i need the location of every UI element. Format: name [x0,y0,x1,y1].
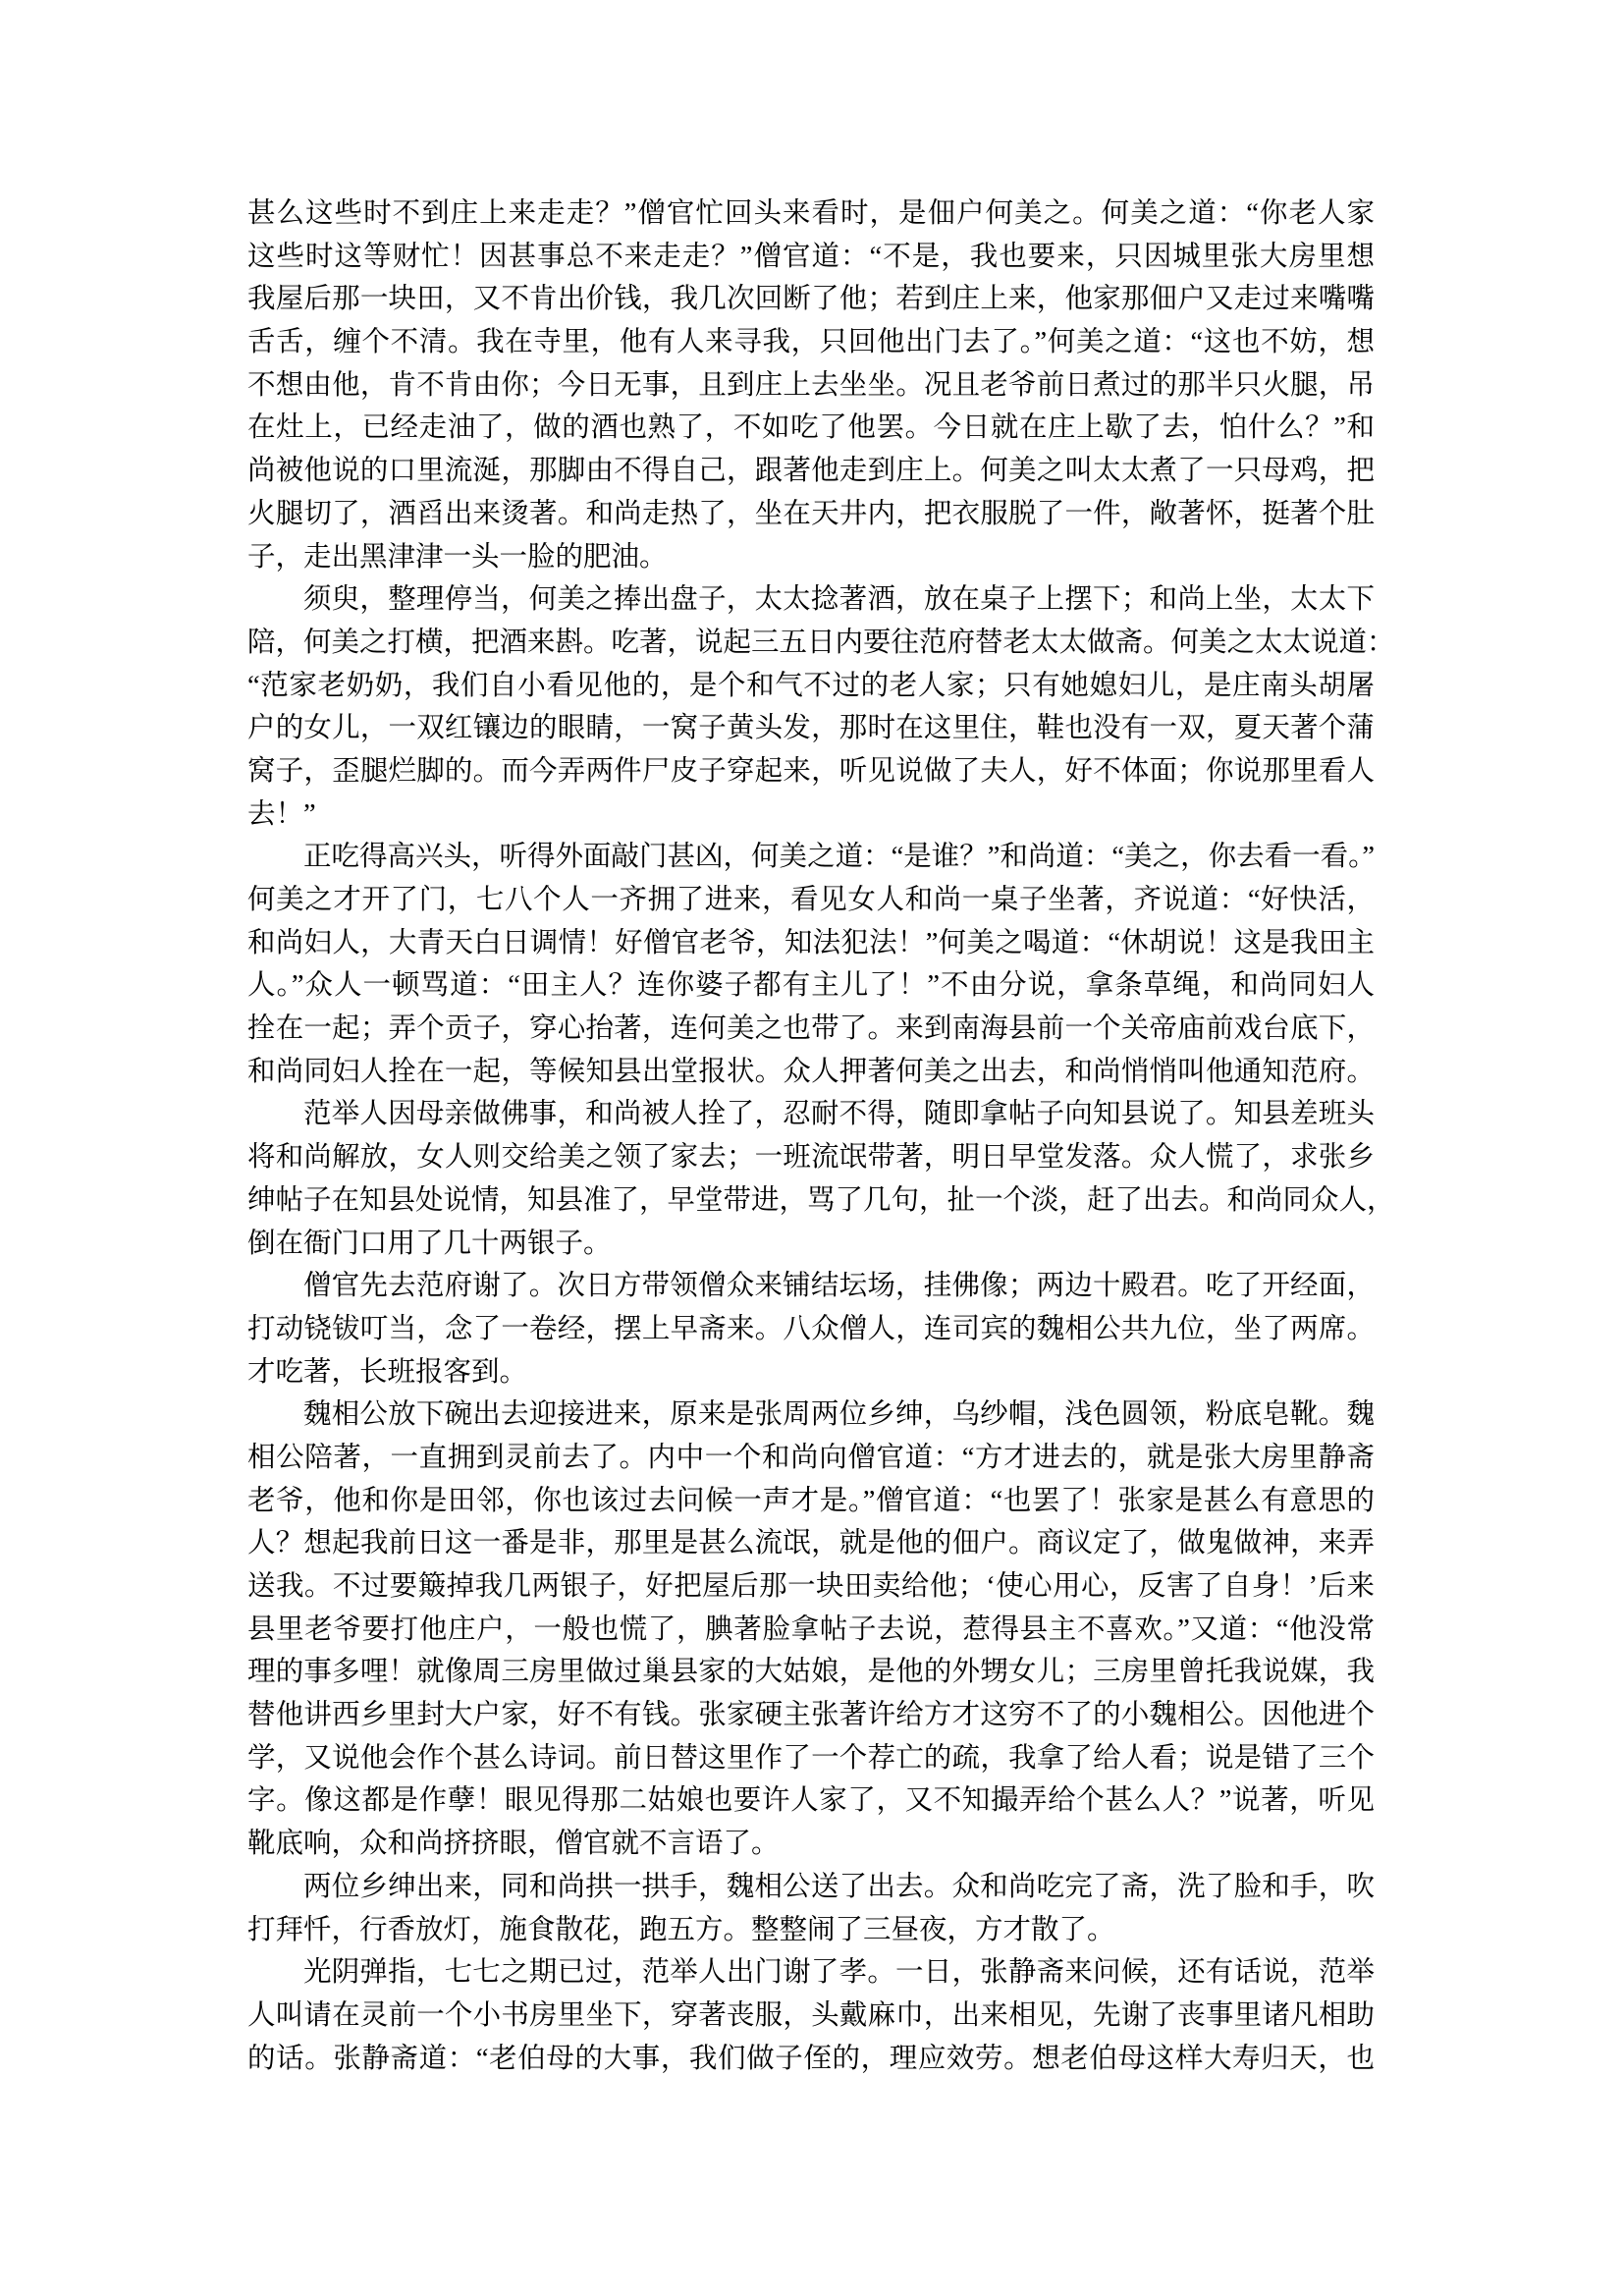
text-line: 光阴弹指，七七之期已过，范举人出门谢了孝。一日，张静斋来问候，还有话说，范举 [247,1951,1375,1995]
text-line: 户的女儿，一双红镶边的眼睛，一窝子黄头发，那时在这里住，鞋也没有一双，夏天著个蒲 [247,707,1375,750]
text-line: 须臾，整理停当，何美之捧出盘子，太太捻著酒，放在桌子上摆下；和尚上坐，太太下 [247,578,1375,622]
text-line: 僧官先去范府谢了。次日方带领僧众来铺结坛场，挂佛像；两边十殿君。吃了开经面， [247,1265,1375,1308]
text-line: 替他讲西乡里封大户家，好不有钱。张家硬主张著许给方才这穷不了的小魏相公。因他进个 [247,1694,1375,1737]
text-line: 人叫请在灵前一个小书房里坐下，穿著丧服，头戴麻巾，出来相见，先谢了丧事里诸凡相助 [247,1995,1375,2038]
text-line: 不想由他，肯不肯由你；今日无事，且到庄上去坐坐。况且老爷前日煮过的那半只火腿，吊 [247,364,1375,408]
text-line: 子，走出黑津津一头一脸的肥油。 [247,536,1375,579]
text-line: 去！” [247,793,1375,837]
text-line: 火腿切了，酒舀出来烫著。和尚走热了，坐在天井内，把衣服脱了一件，敞著怀，挺著个肚 [247,493,1375,536]
text-line: 这些时这等财忙！因甚事总不来走走？”僧官道：“不是，我也要来，只因城里张大房里想 [247,236,1375,279]
text-line: 人。”众人一顿骂道：“田主人？连你婆子都有主儿了！”不由分说，拿条草绳，和尚同妇… [247,964,1375,1008]
text-line: 舌舌，缠个不清。我在寺里，他有人来寻我，只回他出门去了。”何美之道：“这也不妨，… [247,321,1375,364]
text-line: 将和尚解放，女人则交给美之领了家去；一班流氓带著，明日早堂发落。众人慌了，求张乡 [247,1136,1375,1179]
text-line: 和尚同妇人拴在一起，等候知县出堂报状。众人押著何美之出去，和尚悄悄叫他通知范府。 [247,1051,1375,1094]
text-line: 窝子，歪腿烂脚的。而今弄两件尸皮子穿起来，听见说做了夫人，好不体面；你说那里看人 [247,750,1375,793]
text-line: 倒在衙门口用了几十两银子。 [247,1223,1375,1266]
text-line: 送我。不过要簸掉我几两银子，好把屋后那一块田卖给他；‘使心用心，反害了自身！’后… [247,1565,1375,1609]
text-column: 甚么这些时不到庄上来走走？”僧官忙回头来看时，是佃户何美之。何美之道：“你老人家… [247,192,1375,2080]
text-line: 魏相公放下碗出去迎接进来，原来是张周两位乡绅，乌纱帽，浅色圆领，粉底皂靴。魏 [247,1394,1375,1437]
text-line: 靴底响，众和尚挤挤眼，僧官就不言语了。 [247,1823,1375,1866]
text-line: 人？想起我前日这一番是非，那里是甚么流氓，就是他的佃户。商议定了，做鬼做神，来弄 [247,1522,1375,1565]
text-line: 两位乡绅出来，同和尚拱一拱手，魏相公送了出去。众和尚吃完了斋，洗了脸和手，吹 [247,1866,1375,1909]
text-line: 相公陪著，一直拥到灵前去了。内中一个和尚向僧官道：“方才进去的，就是张大房里静斋 [247,1437,1375,1480]
text-line: 尚被他说的口里流涎，那脚由不得自己，跟著他走到庄上。何美之叫太太煮了一只母鸡，把 [247,450,1375,493]
text-line: 甚么这些时不到庄上来走走？”僧官忙回头来看时，是佃户何美之。何美之道：“你老人家 [247,192,1375,236]
text-line: 字。像这都是作孽！眼见得那二姑娘也要许人家了，又不知撮弄给个甚么人？”说著，听见 [247,1779,1375,1823]
text-line: 才吃著，长班报客到。 [247,1351,1375,1394]
text-line: 打动铙钹叮当，念了一卷经，摆上早斋来。八众僧人，连司宾的魏相公共九位，坐了两席。 [247,1308,1375,1351]
text-line: 学，又说他会作个甚么诗词。前日替这里作了一个荐亡的疏，我拿了给人看；说是错了三个 [247,1737,1375,1780]
text-line: 和尚妇人，大青天白日调情！好僧官老爷，知法犯法！”何美之喝道：“休胡说！这是我田… [247,922,1375,965]
text-line: 何美之才开了门，七八个人一齐拥了进来，看见女人和尚一桌子坐著，齐说道：“好快活， [247,879,1375,922]
text-line: 拴在一起；弄个贡子，穿心抬著，连何美之也带了。来到南海县前一个关帝庙前戏台底下， [247,1008,1375,1051]
document-page: 甚么这些时不到庄上来走走？”僧官忙回头来看时，是佃户何美之。何美之道：“你老人家… [0,0,1623,2296]
text-line: 陪，何美之打横，把酒来斟。吃著，说起三五日内要往范府替老太太做斋。何美之太太说道… [247,622,1375,665]
text-line: 打拜忏，行香放灯，施食散花，跑五方。整整闹了三昼夜，方才散了。 [247,1909,1375,1952]
text-line: 正吃得高兴头，听得外面敲门甚凶，何美之道：“是谁？”和尚道：“美之，你去看一看。… [247,836,1375,879]
text-line: 县里老爷要打他庄户，一般也慌了，腆著脸拿帖子去说，惹得县主不喜欢。”又道：“他没… [247,1609,1375,1652]
text-line: “范家老奶奶，我们自小看见他的，是个和气不过的老人家；只有她媳妇儿，是庄南头胡屠 [247,665,1375,708]
text-line: 范举人因母亲做佛事，和尚被人拴了，忍耐不得，随即拿帖子向知县说了。知县差班头 [247,1093,1375,1136]
text-line: 理的事多哩！就像周三房里做过巢县家的大姑娘，是他的外甥女儿；三房里曾托我说媒，我 [247,1651,1375,1694]
text-line: 我屋后那一块田，又不肯出价钱，我几次回断了他；若到庄上来，他家那佃户又走过来嘴嘴 [247,278,1375,321]
text-line: 绅帖子在知县处说情，知县准了，早堂带进，骂了几句，扯一个淡，赶了出去。和尚同众人… [247,1179,1375,1223]
text-line: 的话。张静斋道：“老伯母的大事，我们做子侄的，理应效劳。想老伯母这样大寿归天，也 [247,2038,1375,2081]
text-line: 在灶上，已经走油了，做的酒也熟了，不如吃了他罢。今日就在庄上歇了去，怕什么？”和 [247,407,1375,450]
text-line: 老爷，他和你是田邻，你也该过去问候一声才是。”僧官道：“也罢了！张家是甚么有意思… [247,1480,1375,1523]
